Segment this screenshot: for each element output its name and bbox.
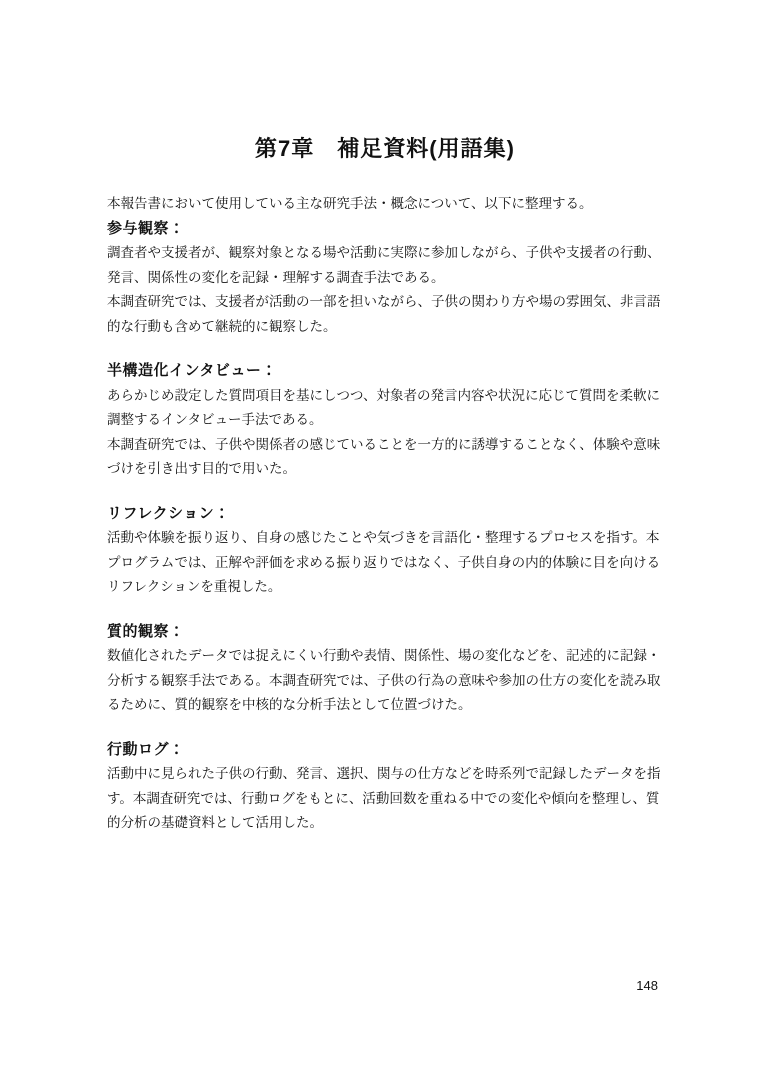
page-content: 第7章 補足資料(用語集) 本報告書において使用している主な研究手法・概念につい… bbox=[107, 134, 663, 836]
term-application-note: 本調査研究では、支援者が活動の一部を担いながら、子供の関わり方や場の雰囲気、非言… bbox=[107, 290, 663, 339]
term-definition: 数値化されたデータでは捉えにくい行動や表情、関係性、場の変化などを、記述的に記録… bbox=[107, 644, 663, 718]
page-number: 148 bbox=[636, 978, 658, 993]
document-page: 第7章 補足資料(用語集) 本報告書において使用している主な研究手法・概念につい… bbox=[0, 0, 768, 1087]
glossary-section-semi-structured-interview: 半構造化インタビュー： あらかじめ設定した質問項目を基にしつつ、対象者の発言内容… bbox=[107, 359, 663, 482]
term-definition: 活動や体験を振り返り、自身の感じたことや気づきを言語化・整理するプロセスを指す。… bbox=[107, 526, 663, 600]
term-definition: 活動中に見られた子供の行動、発言、選択、関与の仕方などを時系列で記録したデータを… bbox=[107, 762, 663, 836]
term-heading: 参与観察： bbox=[107, 217, 663, 242]
term-definition: 調査者や支援者が、観察対象となる場や活動に実際に参加しながら、子供や支援者の行動… bbox=[107, 241, 663, 290]
chapter-title: 第7章 補足資料(用語集) bbox=[107, 134, 663, 164]
intro-text: 本報告書において使用している主な研究手法・概念について、以下に整理する。 bbox=[107, 192, 663, 217]
term-heading: 行動ログ： bbox=[107, 738, 663, 763]
glossary-section-qualitative-observation: 質的観察： 数値化されたデータでは捉えにくい行動や表情、関係性、場の変化などを、… bbox=[107, 620, 663, 718]
term-application-note: 本調査研究では、子供や関係者の感じていることを一方的に誘導することなく、体験や意… bbox=[107, 433, 663, 482]
term-heading: リフレクション： bbox=[107, 502, 663, 527]
term-heading: 質的観察： bbox=[107, 620, 663, 645]
glossary-section-sanyo-kansatsu: 参与観察： 調査者や支援者が、観察対象となる場や活動に実際に参加しながら、子供や… bbox=[107, 217, 663, 340]
term-heading: 半構造化インタビュー： bbox=[107, 359, 663, 384]
term-definition: あらかじめ設定した質問項目を基にしつつ、対象者の発言内容や状況に応じて質問を柔軟… bbox=[107, 384, 663, 433]
glossary-section-reflection: リフレクション： 活動や体験を振り返り、自身の感じたことや気づきを言語化・整理す… bbox=[107, 502, 663, 600]
glossary-section-activity-log: 行動ログ： 活動中に見られた子供の行動、発言、選択、関与の仕方などを時系列で記録… bbox=[107, 738, 663, 836]
